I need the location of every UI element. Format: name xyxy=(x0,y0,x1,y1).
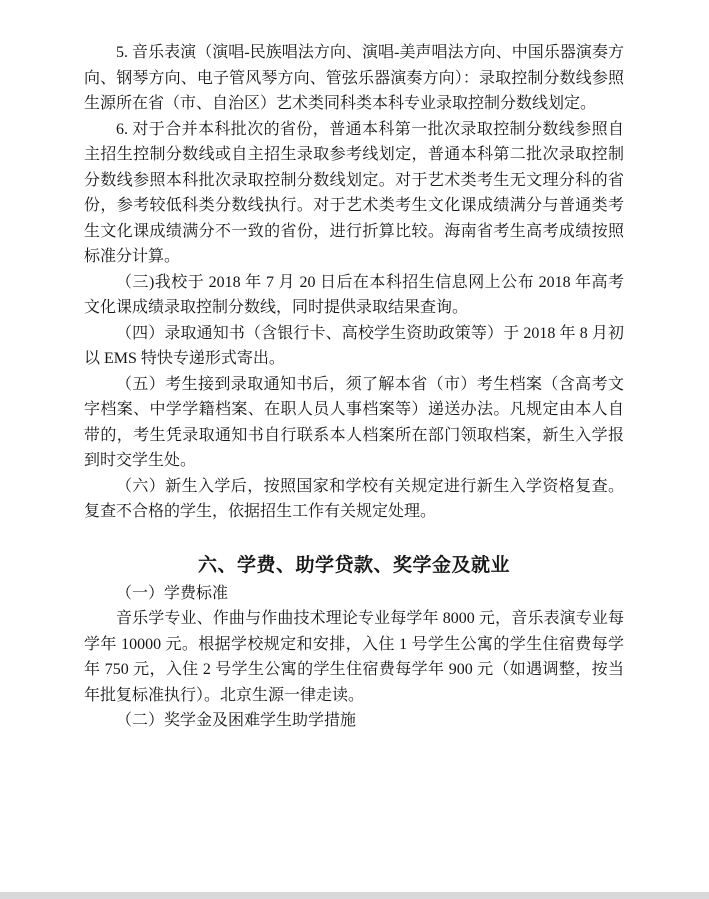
paragraph-item-four-admission-letter: （四）录取通知书（含银行卡、高校学生资助政策等）于 2018 年 8 月初以 E… xyxy=(84,321,624,372)
paragraph-tuition-standard-body: 音乐学专业、作曲与作曲技术理论专业每学年 8000 元，音乐表演专业每学年 10… xyxy=(84,606,624,708)
viewer-page-gap-strip xyxy=(0,892,709,899)
paragraph-item-three-score-publish: （三)我校于 2018 年 7 月 20 日后在本科招生信息网上公布 2018 … xyxy=(84,270,624,321)
paragraph-tuition-standard-label: （一）学费标准 xyxy=(84,581,624,607)
document-page: 5. 音乐表演（演唱-民族唱法方向、演唱-美声唱法方向、中国乐器演奏方向、钢琴方… xyxy=(0,0,709,899)
page-text-content: 5. 音乐表演（演唱-民族唱法方向、演唱-美声唱法方向、中国乐器演奏方向、钢琴方… xyxy=(84,40,624,734)
paragraph-music-performance-rule: 5. 音乐表演（演唱-民族唱法方向、演唱-美声唱法方向、中国乐器演奏方向、钢琴方… xyxy=(84,40,624,117)
paragraph-item-five-archives: （五）考生接到录取通知书后，须了解本省（市）考生档案（含高考文字档案、中学学籍档… xyxy=(84,372,624,474)
section-heading-tuition-loans-scholarship-employment: 六、学费、助学贷款、奖学金及就业 xyxy=(84,551,624,581)
paragraph-item-six-qualification-review: （六）新生入学后，按照国家和学校有关规定进行新生入学资格复查。复查不合格的学生，… xyxy=(84,474,624,525)
paragraph-scholarship-aid-label: （二）奖学金及困难学生助学措施 xyxy=(84,708,624,734)
paragraph-merged-batch-rule: 6. 对于合并本科批次的省份，普通本科第一批次录取控制分数线参照自主招生控制分数… xyxy=(84,117,624,270)
